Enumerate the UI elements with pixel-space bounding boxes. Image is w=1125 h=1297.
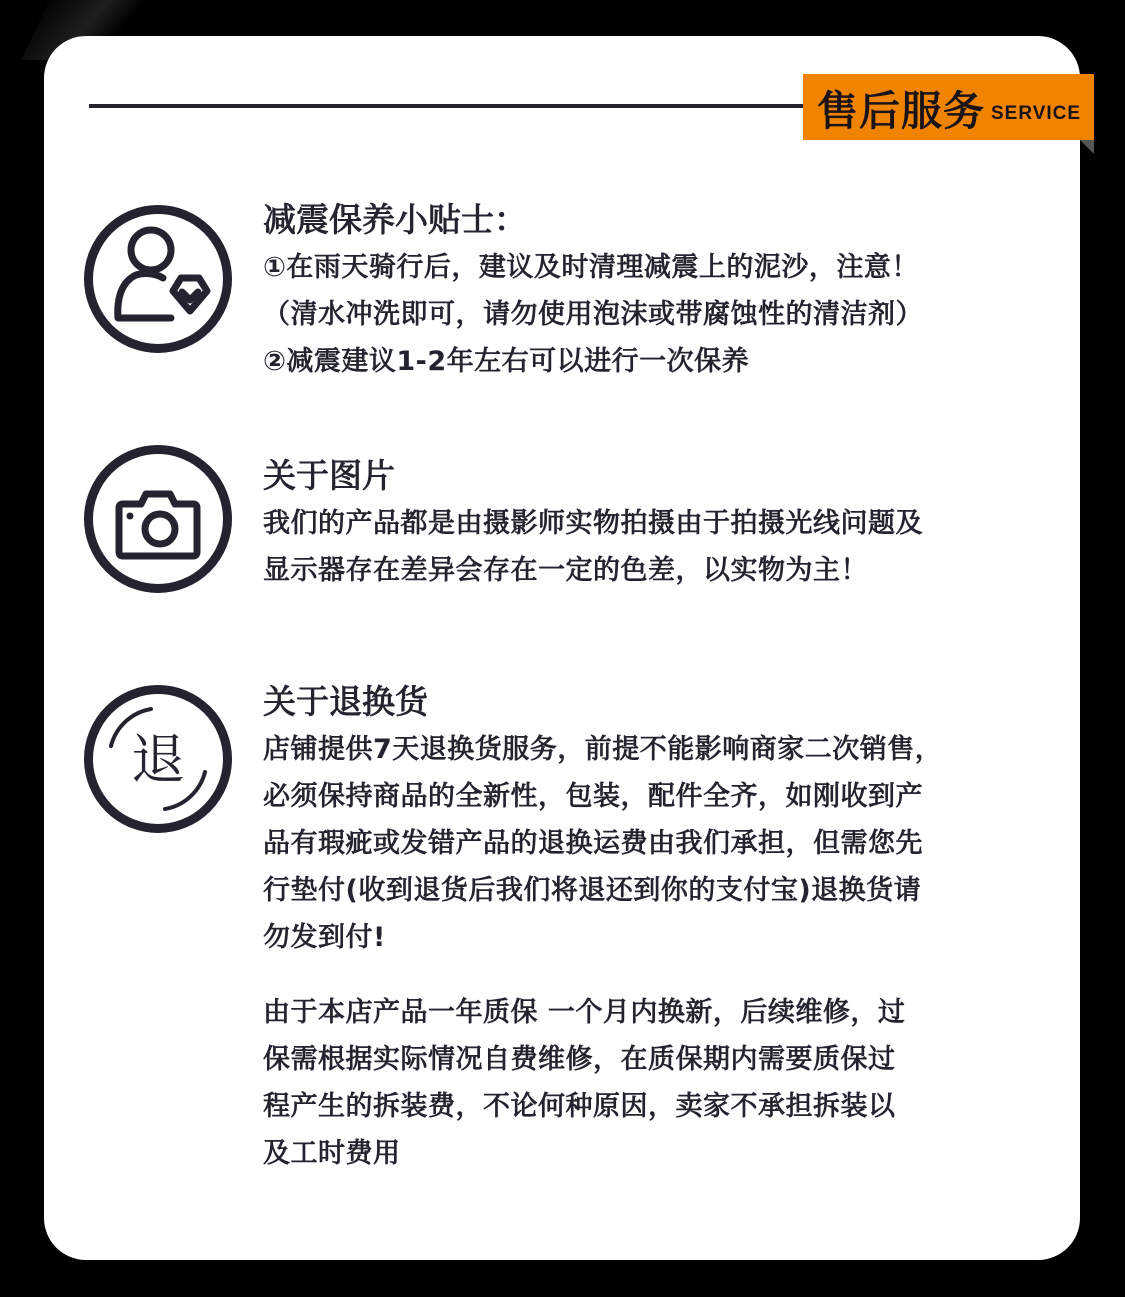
section-returns: 关于退换货 店铺提供7天退换货服务，前提不能影响商家二次销售， 必须保持商品的全…: [263, 678, 942, 1177]
user-badge-icon: [84, 205, 232, 353]
badge-fold: [1080, 140, 1094, 154]
section-title: 关于图片: [263, 452, 923, 500]
body-line: 店铺提供7天退换货服务，前提不能影响商家二次销售，: [263, 726, 942, 773]
body-line: 行垫付(收到退货后我们将退还到你的支付宝)退换货请: [263, 867, 942, 914]
svg-text:退: 退: [131, 728, 185, 791]
badge-title-cn: 售后服务: [817, 78, 985, 137]
body-line: 保需根据实际情况自费维修，在质保期内需要质保过: [263, 1036, 942, 1083]
warranty-paragraph: 由于本店产品一年质保 一个月内换新，后续维修，过 保需根据实际情况自费维修，在质…: [263, 989, 942, 1177]
tip-line: ②减震建议1-2年左右可以进行一次保养: [263, 338, 923, 385]
tip-line: ①在雨天骑行后，建议及时清理减震上的泥沙，注意！: [263, 244, 923, 291]
section-about-images: 关于图片 我们的产品都是由摄影师实物拍摄由于拍摄光线问题及 显示器存在差异会存在…: [263, 452, 923, 594]
body-line: 品有瑕疵或发错产品的退换运费由我们承担，但需您先: [263, 820, 942, 867]
camera-icon: [84, 445, 232, 593]
tip-line: （清水冲洗即可，请勿使用泡沫或带腐蚀性的清洁剂）: [263, 291, 923, 338]
header-divider: [89, 104, 809, 108]
section-maintenance-tips: 减震保养小贴士： ①在雨天骑行后，建议及时清理减震上的泥沙，注意！ （清水冲洗即…: [263, 196, 923, 385]
badge-title-en: SERVICE: [991, 103, 1081, 125]
body-line: 及工时费用: [263, 1130, 942, 1177]
return-icon: 退: [84, 685, 232, 833]
section-title: 关于退换货: [263, 678, 942, 726]
body-line: 程产生的拆装费，不论何种原因，卖家不承担拆装以: [263, 1083, 942, 1130]
body-line: 显示器存在差异会存在一定的色差，以实物为主！: [263, 547, 923, 594]
section-title: 减震保养小贴士：: [263, 196, 923, 244]
body-line: 勿发到付!: [263, 914, 942, 961]
body-line: 必须保持商品的全新性，包装，配件全齐，如刚收到产: [263, 773, 942, 820]
body-line: 由于本店产品一年质保 一个月内换新，后续维修，过: [263, 989, 942, 1036]
section-badge: 售后服务 SERVICE: [803, 74, 1094, 140]
body-line: 我们的产品都是由摄影师实物拍摄由于拍摄光线问题及: [263, 500, 923, 547]
